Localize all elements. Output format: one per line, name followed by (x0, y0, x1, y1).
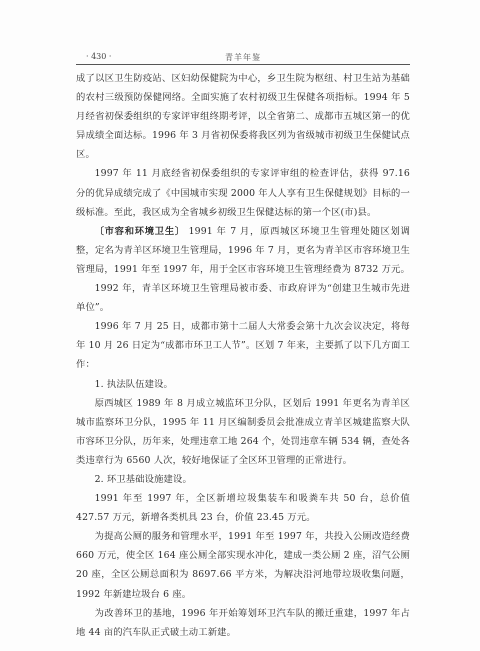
list-heading: 2. 环卫基础设施建设。 (76, 470, 410, 489)
paragraph: 成了以区卫生防疫站、区妇幼保健院为中心，乡卫生院为枢纽、村卫生站为基础的农村三级… (76, 69, 410, 164)
paragraph-text: 2. 环卫基础设施建设。 (95, 474, 192, 485)
paragraph: 原西城区 1989 年 8 月成立城监环卫分队，区划后 1991 年更名为青羊区… (76, 394, 410, 470)
body-text: 成了以区卫生防疫站、区妇幼保健院为中心，乡卫生院为枢纽、村卫生站为基础的农村三级… (76, 69, 410, 642)
paragraph-text: 1991 年至 1997 年，全区新增垃圾集装车和吸粪车共 50 台，总价值 4… (76, 493, 410, 523)
paragraph-text: 1992 年，青羊区环境卫生管理局被市委、市政府评为“创建卫生城市先进单位”。 (76, 283, 410, 313)
paragraph-text: 成了以区卫生防疫站、区妇幼保健院为中心，乡卫生院为枢纽、村卫生站为基础的农村三级… (76, 73, 410, 160)
paragraph-text: 为改善环卫的基地，1996 年开始筹划环卫汽车队的搬迁重建，1997 年占地 4… (76, 608, 410, 638)
paragraph: 为提高公厕的服务和管理水平，1991 年至 1997 年，共投入公厕改造经费 6… (76, 527, 410, 603)
paragraph: 1992 年，青羊区环境卫生管理局被市委、市政府评为“创建卫生城市先进单位”。 (76, 279, 410, 317)
running-header: · 430 · 青羊年鉴 (76, 50, 410, 65)
book-title: 青羊年鉴 (76, 52, 410, 63)
paragraph-text: 1. 执法队伍建设。 (95, 379, 173, 390)
paragraph: 为改善环卫的基地，1996 年开始筹划环卫汽车队的搬迁重建，1997 年占地 4… (76, 604, 410, 642)
list-heading: 1. 执法队伍建设。 (76, 375, 410, 394)
paragraph: 1991 年至 1997 年，全区新增垃圾集装车和吸粪车共 50 台，总价值 4… (76, 489, 410, 527)
paragraph-text: 1996 年 7 月 25 日，成都市第十二届人大常委会第十九次会议决定，将每年… (76, 321, 410, 370)
document-page: · 430 · 青羊年鉴 成了以区卫生防疫站、区妇幼保健院为中心，乡卫生院为枢纽… (76, 50, 410, 642)
section-title: 〔市容和环境卫生〕 (95, 226, 185, 237)
paragraph: 1997 年 11 月底经省初保委组织的专家评审组的检查评估，获得 97.16 … (76, 164, 410, 221)
paragraph: 1996 年 7 月 25 日，成都市第十二届人大常委会第十九次会议决定，将每年… (76, 317, 410, 374)
paragraph-text: 原西城区 1989 年 8 月成立城监环卫分队，区划后 1991 年更名为青羊区… (76, 398, 410, 466)
paragraph: 〔市容和环境卫生〕 1991 年 7 月，原西城区环境卫生管理处随区划调整，定名… (76, 222, 410, 279)
paragraph-text: 1997 年 11 月底经省初保委组织的专家评审组的检查评估，获得 97.16 … (76, 168, 410, 217)
paragraph-text: 为提高公厕的服务和管理水平，1991 年至 1997 年，共投入公厕改造经费 6… (76, 531, 410, 599)
